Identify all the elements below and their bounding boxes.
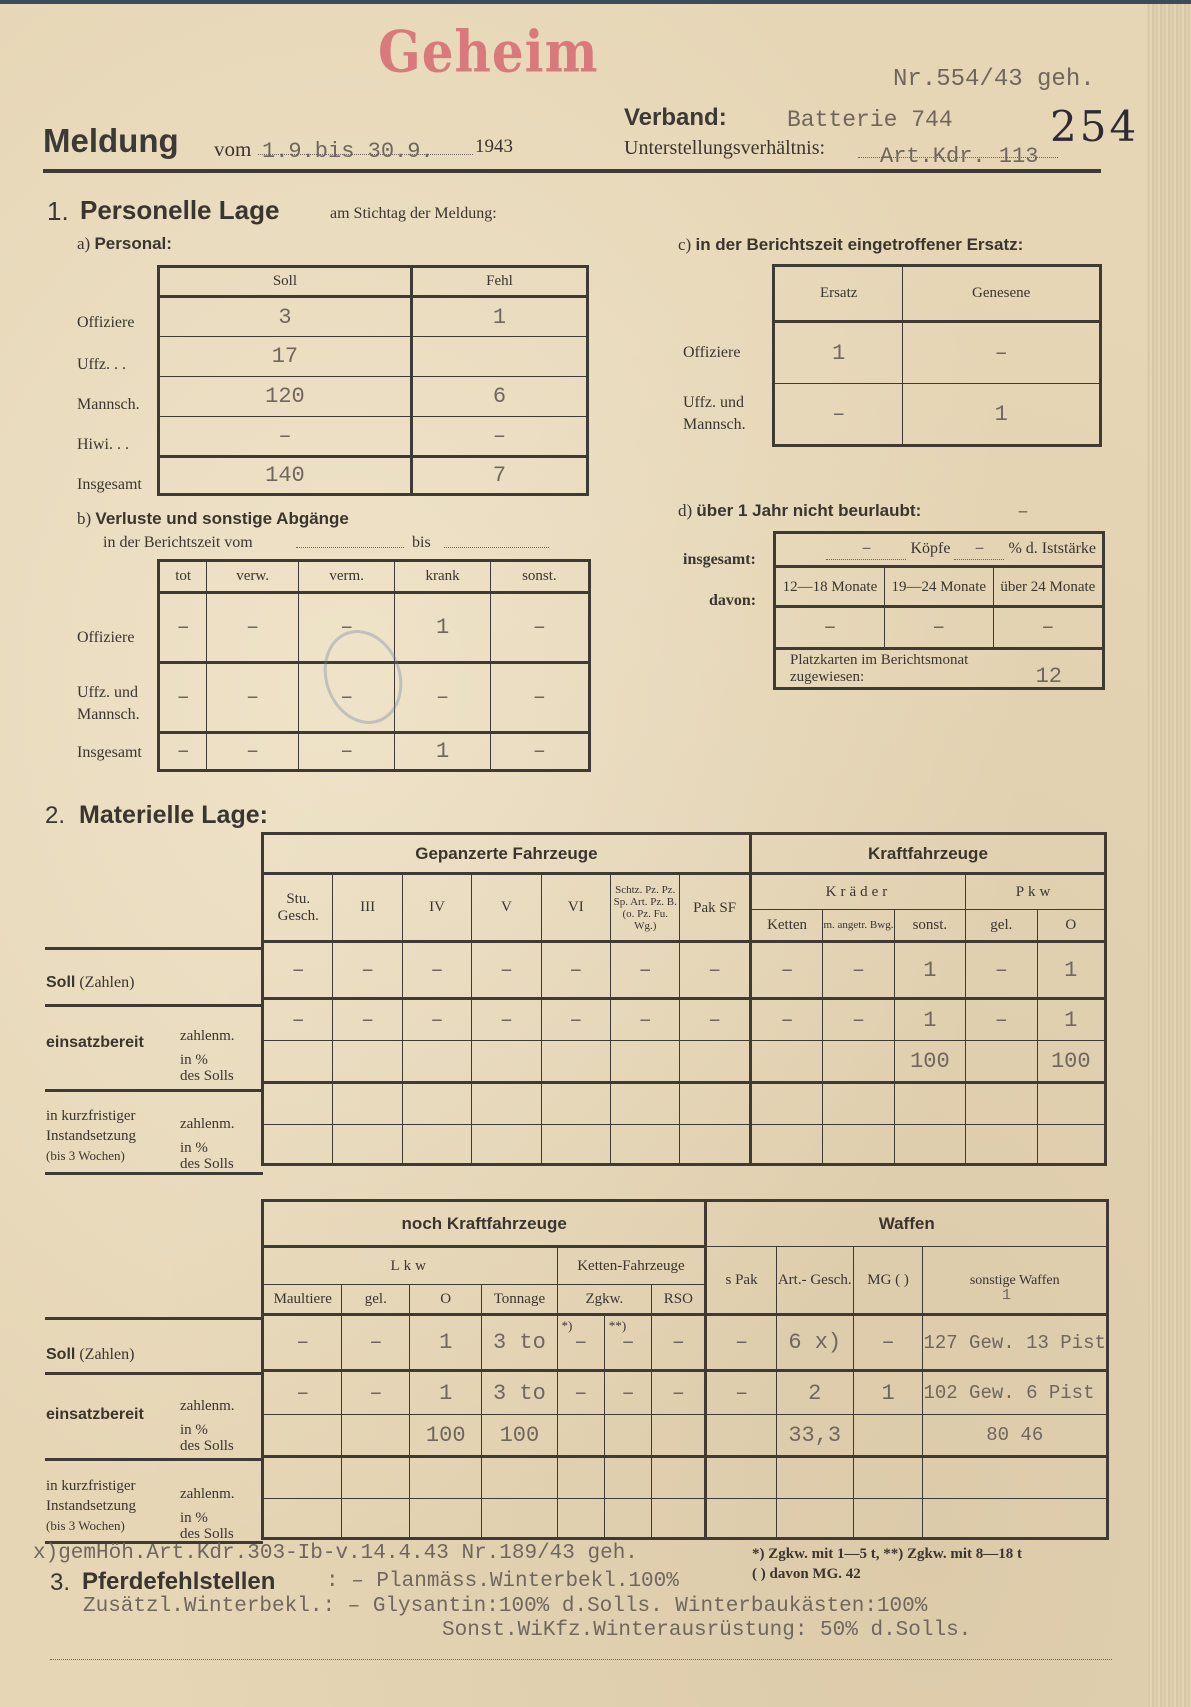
cell: [894, 1083, 965, 1125]
col-19-24: 19—24 Monate: [884, 567, 993, 607]
cell: [652, 1499, 706, 1539]
einsatz-row-label: einsatzbereit: [46, 1034, 144, 1052]
cell: [680, 1125, 750, 1165]
einsatz-row-label: einsatzbereit: [46, 1406, 144, 1424]
personal-row-label: Offiziere: [77, 314, 134, 332]
col-vi: VI: [541, 874, 610, 942]
table1-kurz-pct-row: [263, 1125, 1106, 1165]
cell: [263, 1415, 342, 1457]
cell: [557, 1499, 604, 1539]
urlaub-value: –: [1017, 501, 1029, 524]
cell: –: [706, 1371, 776, 1415]
typed-footnote: x)gemHöh.Art.Kdr.303-Ib-v.14.4.43 Nr.189…: [33, 1542, 638, 1565]
personal-cell: [411, 337, 587, 377]
cell: –: [750, 999, 822, 1041]
cell: [402, 1125, 471, 1165]
cell: [652, 1457, 706, 1499]
cell: [750, 1125, 822, 1165]
col-o: O: [1037, 910, 1105, 942]
cell: 6 x): [776, 1315, 853, 1371]
personal-total-cell: 7: [411, 457, 587, 495]
in-pct-label: in %des Solls: [180, 1422, 234, 1454]
verluste-cell: –: [159, 593, 207, 663]
verluste-total-cell: –: [159, 733, 207, 771]
col-sonst: sonst.: [490, 561, 589, 593]
col-iii: III: [333, 874, 402, 942]
unterstellung-label: Unterstellungsverhältnis:: [624, 137, 825, 160]
col-iv: IV: [402, 874, 471, 942]
verluste-cell: 1: [395, 593, 490, 663]
cell: [823, 1125, 894, 1165]
urlaub-heading: d) über 1 Jahr nicht beurlaubt:: [678, 501, 921, 521]
table1-einsatz-pct-row: 100 100: [263, 1041, 1106, 1083]
cell: –: [706, 1315, 776, 1371]
col-rso: RSO: [652, 1285, 706, 1315]
cell: [706, 1415, 776, 1457]
cell: [706, 1457, 776, 1499]
verluste-bis-label: bis: [412, 534, 431, 552]
personal-row-label: Hiwi. . .: [77, 436, 129, 454]
cell: –: [652, 1371, 706, 1415]
cell: –: [541, 999, 610, 1041]
col-tot: tot: [159, 561, 207, 593]
section2-title: Materielle Lage:: [79, 801, 268, 830]
cell: 3 to: [482, 1315, 557, 1371]
cell: –: [402, 999, 471, 1041]
cell: [853, 1499, 923, 1539]
cell: [263, 1457, 342, 1499]
verluste-cell: –: [207, 663, 299, 733]
col-12-18: 12—18 Monate: [775, 567, 885, 607]
cell: [611, 1125, 680, 1165]
cell: [472, 1125, 541, 1165]
cell: [776, 1499, 853, 1539]
urlaub-cell: –: [993, 607, 1103, 649]
cell: [402, 1083, 471, 1125]
col-schtz-pz: Schtz. Pz. Pz. Sp. Art. Pz. B. (o. Pz. F…: [611, 874, 680, 942]
vom-label: vom: [214, 137, 251, 162]
ersatz-table: ErsatzGenesene 1– –1: [772, 264, 1102, 447]
verluste-period-label: in der Berichtszeit vom: [103, 534, 253, 552]
personal-cell: –: [411, 417, 587, 457]
verluste-total-cell: 1: [395, 733, 490, 771]
verluste-heading: b) Verluste und sonstige Abgänge: [77, 509, 349, 529]
zahlenm-label: zahlenm.: [180, 1398, 235, 1415]
cell: 80 46: [923, 1415, 1108, 1457]
table2-kurz-pct-row: [263, 1499, 1108, 1539]
personal-cell: 3: [159, 297, 412, 337]
reference-number: Nr.554/43 geh.: [893, 66, 1095, 93]
cell: [706, 1499, 776, 1539]
cell: 1: [853, 1371, 923, 1415]
table2-einsatz-pct-row: 100 100 33,3 80 46: [263, 1415, 1108, 1457]
urlaub-cell: –: [775, 607, 885, 649]
cell: [410, 1499, 482, 1539]
cell: [263, 1125, 333, 1165]
cell: [541, 1041, 610, 1083]
group-kraeder: Kräder: [750, 874, 965, 910]
cell: [894, 1125, 965, 1165]
cell: 1: [894, 999, 965, 1041]
zahlenm-label: zahlenm.: [180, 1116, 235, 1133]
verluste-cell: –: [207, 593, 299, 663]
in-pct-label: in %des Solls: [180, 1510, 234, 1542]
cell: [402, 1041, 471, 1083]
cell: [923, 1457, 1108, 1499]
col-soll: Soll: [159, 267, 412, 297]
kurz-row-label: in kurzfristigerInstandsetzung(bis 3 Woc…: [46, 1476, 136, 1536]
cell: [342, 1415, 410, 1457]
verluste-cell: –: [490, 663, 589, 733]
col-krank: krank: [395, 561, 490, 593]
col-genesene: Genesene: [903, 266, 1101, 322]
col-gel: gel.: [966, 910, 1037, 942]
col-s-pak: s Pak: [706, 1247, 776, 1315]
personal-heading: a) Personal:: [77, 234, 172, 254]
cell: 1: [410, 1371, 482, 1415]
cell: 1: [410, 1315, 482, 1371]
verband-label: Verband:: [624, 104, 727, 132]
personal-table: SollFehl 31 17 1206 –– 1407: [157, 265, 589, 496]
table2-soll-row: – – 1 3 to *)– **)– – – 6 x) – 127 Gew. …: [263, 1315, 1108, 1371]
cell: [472, 1083, 541, 1125]
cell: 2: [776, 1371, 853, 1415]
cell: 100: [894, 1041, 965, 1083]
ersatz-cell: 1: [774, 322, 903, 384]
cell: [923, 1499, 1108, 1539]
verluste-row-label: Insgesamt: [77, 744, 142, 762]
cell: [853, 1415, 923, 1457]
verband-value: Batterie 744: [787, 107, 953, 133]
personal-row-label: Mannsch.: [77, 396, 140, 414]
cell: –: [853, 1315, 923, 1371]
printed-footnote-mg: ( ) davon MG. 42: [752, 1566, 861, 1583]
col-v: V: [472, 874, 541, 942]
verluste-row-label: Offiziere: [77, 629, 134, 647]
cell: [263, 1499, 342, 1539]
verluste-cell: –: [395, 663, 490, 733]
cell: [541, 1125, 610, 1165]
report-period: 1.9.bis 30.9.: [262, 139, 434, 164]
cell: [750, 1083, 822, 1125]
cell: 100: [410, 1415, 482, 1457]
section1-title: Personelle Lage: [80, 195, 279, 226]
cell: [966, 1125, 1037, 1165]
in-pct-label: in %des Solls: [180, 1140, 234, 1172]
col-fehl: Fehl: [411, 267, 587, 297]
cell: [1037, 1083, 1105, 1125]
group-lkw: Lkw: [263, 1247, 558, 1285]
page-stack-edge: [1147, 4, 1191, 1707]
table2-kurz-zahl-row: [263, 1457, 1108, 1499]
cell: [604, 1415, 651, 1457]
cell: [541, 1083, 610, 1125]
group-waffen: Waffen: [706, 1201, 1108, 1247]
davon-label: davon:: [709, 592, 756, 610]
cell: [604, 1457, 651, 1499]
cell: [652, 1415, 706, 1457]
col-sonstige-waffen: sonstige Waffen: [923, 1247, 1108, 1315]
materielle-table-1: Gepanzerte Fahrzeuge Kraftfahrzeuge Stu.…: [261, 832, 1107, 1166]
geheim-stamp: Geheim: [378, 18, 599, 86]
cell: [611, 1041, 680, 1083]
cell: [823, 1083, 894, 1125]
cell: –: [333, 999, 402, 1041]
section3-line2: Zusätzl.Winterbekl.: – Glysantin:100% d.…: [83, 1595, 927, 1618]
cell: 102 Gew. 6 Pist: [923, 1371, 1108, 1415]
cell: [776, 1457, 853, 1499]
cell: –: [823, 942, 894, 999]
cell: [263, 1083, 333, 1125]
cell: [611, 1083, 680, 1125]
kurz-row-label: in kurzfristigerInstandsetzung(bis 3 Woc…: [46, 1106, 136, 1166]
cell: [966, 1083, 1037, 1125]
col-pak-sf: Pak SF: [680, 874, 750, 942]
document-page: Geheim Nr.554/43 geh. 254 Meldung vom 1.…: [0, 4, 1160, 1707]
cell: [263, 1041, 333, 1083]
cell: [1037, 1125, 1105, 1165]
materielle-table-2: noch Kraftfahrzeuge Waffen Lkw Ketten-Fa…: [261, 1199, 1109, 1540]
col-sonst: sonst.: [894, 910, 965, 942]
zahlenm-label: zahlenm.: [180, 1028, 235, 1045]
personal-cell: 1: [411, 297, 587, 337]
platzkarten-row: Platzkarten im Berichtsmonat zugewiesen:…: [775, 649, 1104, 689]
cell: 1: [894, 942, 965, 999]
ersatz-row-label: Uffz. und Mannsch.: [683, 392, 763, 436]
header-rule: [43, 169, 1101, 173]
cell: –: [966, 942, 1037, 999]
cell: [333, 1083, 402, 1125]
verluste-from-field: [296, 547, 404, 548]
section3-line1: : – Planmäss.Winterbekl.100%: [326, 1570, 679, 1593]
personal-cell: 120: [159, 377, 412, 417]
mg-handwritten-note: 1: [1002, 1287, 1011, 1304]
col-stu-gesch: Stu. Gesch.: [263, 874, 333, 942]
soll-row-label: Soll (Zahlen): [46, 1346, 134, 1364]
group-pkw: Pkw: [966, 874, 1106, 910]
ersatz-row-label: Offiziere: [683, 344, 740, 362]
document-title: Meldung: [43, 122, 179, 160]
col-ketten: Ketten: [750, 910, 822, 942]
cell: –: [611, 999, 680, 1041]
group-gepanzerte-fahrzeuge: Gepanzerte Fahrzeuge: [263, 834, 751, 874]
col-maultiere: Maultiere: [263, 1285, 342, 1315]
cell: –: [333, 942, 402, 999]
verluste-total-cell: –: [207, 733, 299, 771]
col-mg: MG ( ): [853, 1247, 923, 1315]
cell: –: [604, 1371, 651, 1415]
unterstellung-value: Art.Kdr. 113: [880, 144, 1038, 169]
verluste-to-field: [444, 547, 549, 548]
cell: –: [680, 999, 750, 1041]
col-verw: verw.: [207, 561, 299, 593]
table2-einsatz-zahl-row: – – 1 3 to – – – – 2 1 102 Gew. 6 Pist: [263, 1371, 1108, 1415]
personal-total-cell: 140: [159, 457, 412, 495]
cell: –: [263, 942, 333, 999]
col-art-gesch: Art.- Gesch.: [776, 1247, 853, 1315]
section2-number: 2.: [45, 802, 65, 830]
cell: *)–: [557, 1315, 604, 1371]
cell: –: [263, 1371, 342, 1415]
cell: [472, 1041, 541, 1083]
verluste-row-label: Uffz. und Mannsch.: [77, 682, 157, 726]
cell: –: [472, 942, 541, 999]
cell: –: [263, 1315, 342, 1371]
cell: 100: [1037, 1041, 1105, 1083]
section1-number: 1.: [47, 196, 69, 227]
table1-einsatz-zahl-row: – – – – – – – – – 1 – 1: [263, 999, 1106, 1041]
col-zgkw: Zgkw.: [557, 1285, 652, 1315]
col-ersatz: Ersatz: [774, 266, 903, 322]
cell: 1: [1037, 999, 1105, 1041]
table1-soll-row: – – – – – – – – – 1 – 1: [263, 942, 1106, 999]
cell: [482, 1499, 557, 1539]
ersatz-cell: 1: [903, 384, 1101, 446]
cell: 1: [1037, 942, 1105, 999]
in-pct-label: in %des Solls: [180, 1052, 234, 1084]
cell: [482, 1457, 557, 1499]
col-ueber-24: über 24 Monate: [993, 567, 1103, 607]
section3-dotted-line: [50, 1659, 1112, 1660]
cell: 33,3: [776, 1415, 853, 1457]
col-tonnage: Tonnage: [482, 1285, 557, 1315]
report-year: 1943: [475, 136, 513, 158]
cell: [557, 1457, 604, 1499]
cell: [333, 1041, 402, 1083]
group-kraftfahrzeuge: Kraftfahrzeuge: [750, 834, 1105, 874]
cell: [750, 1041, 822, 1083]
personal-cell: 17: [159, 337, 412, 377]
cell: 3 to: [482, 1371, 557, 1415]
section3-title: Pferdefehlstellen: [82, 1568, 275, 1596]
verluste-total-cell: –: [298, 733, 394, 771]
cell: –: [342, 1371, 410, 1415]
cell: 100: [482, 1415, 557, 1457]
section3-line3: Sonst.WiKfz.Winterausrüstung: 50% d.Soll…: [442, 1619, 971, 1642]
cell: [333, 1125, 402, 1165]
cell: [342, 1499, 410, 1539]
platzkarten-value: 12: [1036, 668, 1062, 685]
verluste-cell: –: [490, 593, 589, 663]
cell: 127 Gew. 13 Pist: [923, 1315, 1108, 1371]
section3-number: 3.: [50, 1569, 70, 1597]
col-gel: gel.: [342, 1285, 410, 1315]
cell: –: [402, 942, 471, 999]
cell: –: [750, 942, 822, 999]
col-m-angetr-bwg: m. angetr. Bwg.: [823, 910, 894, 942]
cell: [823, 1041, 894, 1083]
table1-kurz-zahl-row: [263, 1083, 1106, 1125]
cell: –: [541, 942, 610, 999]
insgesamt-label: insgesamt:: [683, 551, 756, 569]
cell: [680, 1083, 750, 1125]
cell: [342, 1457, 410, 1499]
insgesamt-row: – Köpfe – % d. Iststärke: [775, 533, 1104, 567]
group-ketten-fahrzeuge: Ketten-Fahrzeuge: [557, 1247, 706, 1285]
soll-row-label: Soll (Zahlen): [46, 974, 134, 992]
cell: [604, 1499, 651, 1539]
printed-footnote-zgkw: *) Zgkw. mit 1—5 t, **) Zgkw. mit 8—18 t: [752, 1546, 1022, 1563]
urlaub-table: – Köpfe – % d. Iststärke 12—18 Monate 19…: [773, 531, 1105, 690]
cell: –: [557, 1371, 604, 1415]
cell: –: [966, 999, 1037, 1041]
cell: [410, 1457, 482, 1499]
col-o: O: [410, 1285, 482, 1315]
cell: [853, 1457, 923, 1499]
group-noch-kraftfahrzeuge: noch Kraftfahrzeuge: [263, 1201, 706, 1247]
zahlenm-label: zahlenm.: [180, 1486, 235, 1503]
cell: [557, 1415, 604, 1457]
personal-cell: –: [159, 417, 412, 457]
personal-row-label: Uffz. . .: [77, 356, 126, 374]
cell: –: [342, 1315, 410, 1371]
col-verm: verm.: [298, 561, 394, 593]
cell: –: [611, 942, 680, 999]
ersatz-heading: c) in der Berichtszeit eingetroffener Er…: [678, 235, 1023, 255]
cell: –: [680, 942, 750, 999]
section1-subtitle: am Stichtag der Meldung:: [330, 205, 497, 223]
verluste-cell: –: [159, 663, 207, 733]
urlaub-cell: –: [884, 607, 993, 649]
cell: [966, 1041, 1037, 1083]
verluste-total-cell: –: [490, 733, 589, 771]
cell: –: [823, 999, 894, 1041]
cell: –: [652, 1315, 706, 1371]
cell: –: [263, 999, 333, 1041]
cell: [680, 1041, 750, 1083]
ersatz-cell: –: [774, 384, 903, 446]
cell: –: [472, 999, 541, 1041]
ersatz-cell: –: [903, 322, 1101, 384]
page-number: 254: [1050, 102, 1139, 151]
cell: **)–: [604, 1315, 651, 1371]
personal-row-label: Insgesamt: [77, 476, 142, 494]
personal-cell: 6: [411, 377, 587, 417]
